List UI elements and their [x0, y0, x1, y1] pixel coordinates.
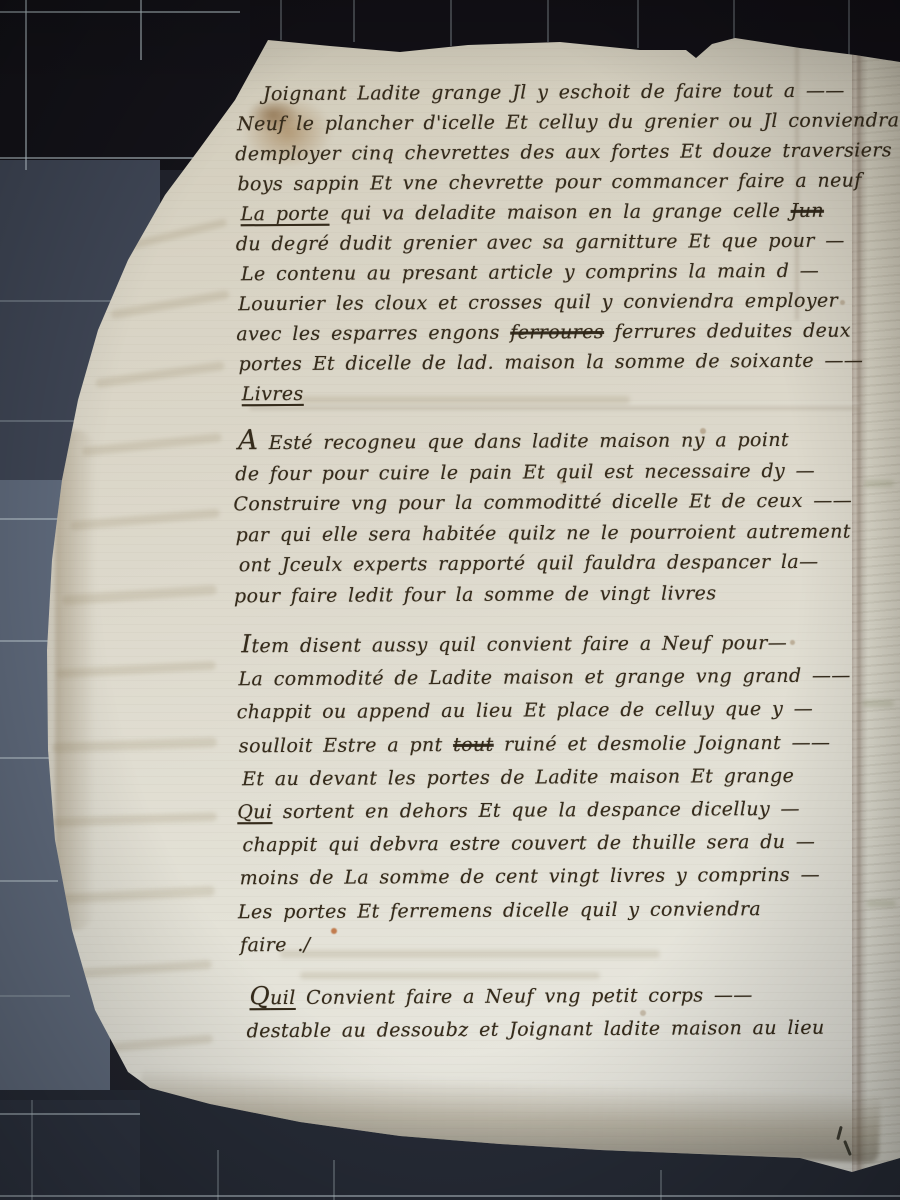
- tile-grout-line: [31, 1100, 33, 1200]
- binding-thread: [843, 1140, 852, 1156]
- manuscript-line: Et au devant les portes de Ladite maison…: [242, 759, 851, 796]
- manuscript-line: moins de La somme de cent vingt livres y…: [240, 859, 852, 896]
- tile-grout-line: [733, 0, 735, 42]
- foxing-dot: [640, 1010, 646, 1016]
- tile-grout-line: [140, 0, 142, 60]
- manuscript-line: La commodité de Ladite maison et grange …: [238, 660, 850, 697]
- manuscript-line: Le contenu au presant article y comprins…: [241, 255, 900, 289]
- manuscript-line: Les portes Et ferremens dicelle quil y c…: [238, 892, 852, 929]
- foxing-dot: [700, 428, 706, 434]
- manuscript-line: La porte qui va deladite maison en la gr…: [241, 195, 900, 229]
- tile-grout-line: [217, 1150, 219, 1200]
- manuscript-line: Livres: [242, 375, 900, 409]
- tile: [0, 1100, 140, 1200]
- manuscript-line: par qui elle sera habitée quilz ne le po…: [236, 516, 853, 550]
- tile-grout-line: [450, 0, 452, 46]
- tile-grout-line: [0, 1195, 900, 1197]
- bleedthrough-mark: [70, 508, 220, 530]
- foxing-dot: [790, 640, 795, 645]
- bleedthrough-mark: [52, 812, 217, 827]
- crease-line: [795, 0, 799, 320]
- manuscript-line: portes Et dicelle de lad. maison la somm…: [238, 345, 900, 379]
- binding-thread: [836, 1126, 843, 1140]
- photograph: Joignant Ladite grange Jl y eschoit de f…: [0, 0, 900, 1200]
- manuscript-line: chappit ou append au lieu Et place de ce…: [237, 693, 851, 730]
- tile-grout-line: [0, 880, 58, 882]
- foxing-dot: [840, 300, 845, 305]
- bleedthrough-mark: [56, 661, 216, 678]
- bleedthrough-mark: [866, 900, 896, 907]
- tile-grout-line: [353, 0, 355, 42]
- tile-grout-line: [280, 0, 282, 40]
- tile-grout-line: [0, 1113, 140, 1115]
- bleedthrough-mark: [82, 433, 222, 457]
- manuscript-line: Quil Convient faire a Neuf vng petit cor…: [249, 976, 824, 1016]
- stain-dot: [331, 928, 337, 934]
- manuscript-line: destable au dessoubz et Joignant ladite …: [247, 1012, 825, 1049]
- manuscript-line: soulloit Estre a pnt tout ruiné et desmo…: [239, 726, 851, 763]
- manuscript-line: de four pour cuire le pain Et quil est n…: [235, 455, 852, 489]
- tile-grout-line: [0, 157, 210, 159]
- paragraph: A Esté recogneu que dans ladite maison n…: [235, 422, 853, 612]
- bleedthrough-mark: [300, 396, 630, 404]
- manuscript-line: Construire vng pour la commoditté dicell…: [233, 486, 852, 520]
- stain: [225, 82, 350, 182]
- stain: [55, 430, 95, 930]
- crease-line: [856, 40, 861, 1200]
- foxing-dot: [420, 870, 424, 874]
- manuscript-line: faire ./: [240, 925, 852, 962]
- manuscript-line: Louurier les cloux et crosses quil y con…: [238, 285, 900, 319]
- bleedthrough-mark: [52, 737, 217, 753]
- manuscript-line: ont Jceulx experts rapporté quil fauldra…: [239, 547, 853, 581]
- crease-line: [250, 402, 860, 410]
- tile-grout-line: [25, 0, 27, 170]
- manuscript-line: du degré dudit grenier avec sa garnittur…: [236, 225, 900, 259]
- manuscript-line: chappit qui debvra estre couvert de thui…: [242, 826, 851, 863]
- tile-grout-line: [547, 0, 549, 42]
- manuscript-line: Joignant Ladite grange Jl y eschoit de f…: [263, 75, 900, 109]
- manuscript-line: boys sappin Et vne chevrette pour comman…: [237, 165, 900, 199]
- manuscript-line: pour faire ledit four la somme de vingt …: [234, 577, 853, 611]
- paragraph: Quil Convient faire a Neuf vng petit cor…: [246, 976, 824, 1049]
- bleedthrough-mark: [864, 480, 894, 487]
- tile-grout-line: [660, 1170, 662, 1200]
- tile-grout-line: [848, 0, 850, 56]
- stain: [238, 92, 308, 137]
- paragraph: Joignant Ladite grange Jl y eschoit de f…: [237, 75, 900, 409]
- tile-grout-line: [0, 995, 70, 997]
- manuscript-line: Item disent aussy quil convient faire a …: [241, 624, 851, 664]
- manuscript-line: Neuf le plancher d'icelle Et celluy du g…: [237, 105, 900, 139]
- manuscript-line: A Esté recogneu que dans ladite maison n…: [238, 422, 852, 459]
- foxing-dot: [560, 480, 564, 484]
- bleedthrough-mark: [95, 361, 225, 388]
- tile-grout-line: [637, 0, 639, 48]
- page-fold: [852, 36, 900, 1200]
- tile-grout-line: [0, 11, 240, 13]
- bleedthrough-mark: [280, 950, 660, 958]
- manuscript-line: Qui sortent en dehors Et que la despance…: [237, 793, 851, 830]
- bleedthrough-mark: [862, 700, 894, 707]
- manuscript-line: avec les esparres engons ferroures ferru…: [236, 315, 900, 349]
- paragraph: Item disent aussy quil convient faire a …: [238, 624, 852, 963]
- tile-grout-line: [333, 1160, 335, 1200]
- bleedthrough-mark: [62, 585, 217, 606]
- manuscript-line: demployer cinq chevrettes des aux fortes…: [235, 135, 900, 169]
- bleedthrough-mark: [110, 290, 230, 320]
- bleedthrough-mark: [300, 972, 600, 979]
- bleedthrough-mark: [55, 886, 215, 904]
